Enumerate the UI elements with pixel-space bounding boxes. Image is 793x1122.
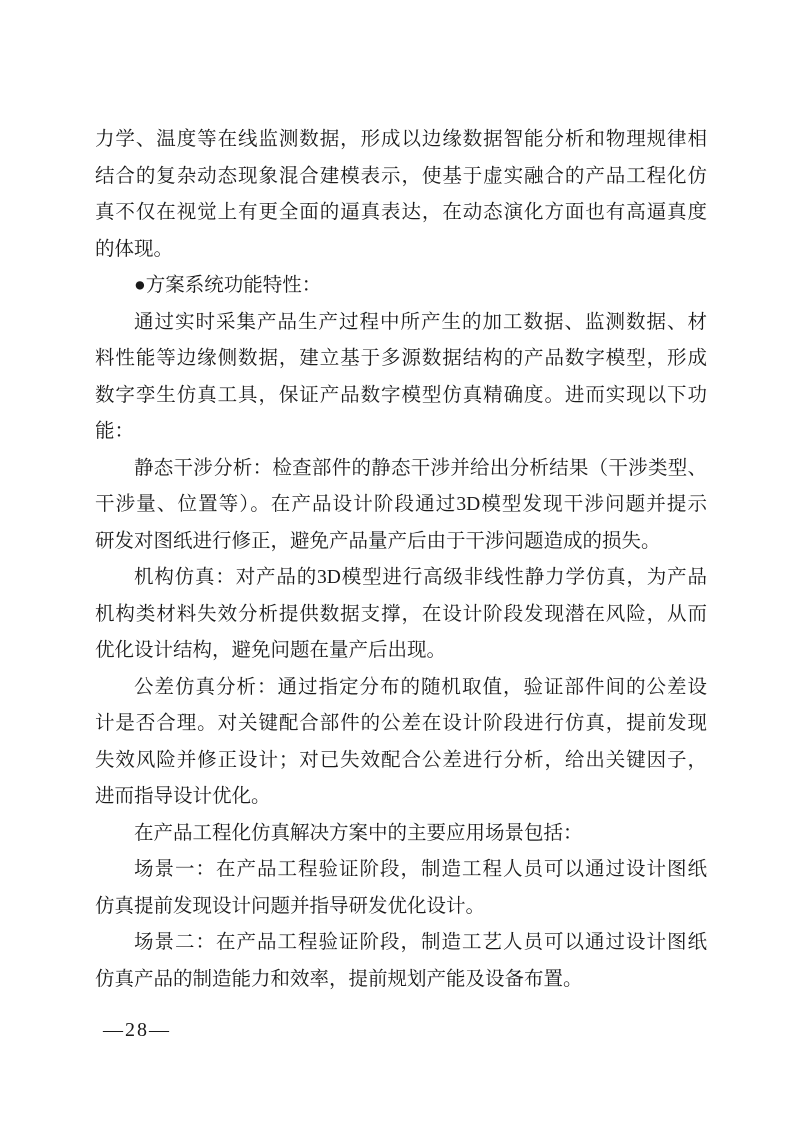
text-line: 真不仅在视觉上有更全面的逼真表达，在动态演化方面也有高逼真度 — [95, 195, 707, 232]
paragraph: 机构仿真：对产品的3D模型进行高级非线性静力学仿真，为产品 机构类材料失效分析提… — [95, 560, 707, 670]
text-line: 力学、温度等在线监测数据，形成以边缘数据智能分析和物理规律相 — [95, 122, 707, 159]
paragraph: 静态干涉分析：检查部件的静态干涉并给出分析结果（干涉类型、 干涉量、位置等）。在… — [95, 451, 707, 561]
text-line: 仿真产品的制造能力和效率，提前规划产能及设备布置。 — [95, 962, 707, 999]
document-page: 力学、温度等在线监测数据，形成以边缘数据智能分析和物理规律相 结合的复杂动态现象… — [0, 0, 793, 1122]
bullet-paragraph: ●方案系统功能特性： — [95, 268, 707, 305]
paragraph: 力学、温度等在线监测数据，形成以边缘数据智能分析和物理规律相 结合的复杂动态现象… — [95, 122, 707, 268]
text-line: 场景二：在产品工程验证阶段，制造工艺人员可以通过设计图纸 — [95, 925, 707, 962]
text-line: 公差仿真分析：通过指定分布的随机取值，验证部件间的公差设 — [95, 670, 707, 707]
text-line: 机构类材料失效分析提供数据支撑，在设计阶段发现潜在风险，从而 — [95, 597, 707, 634]
paragraph: 场景一：在产品工程验证阶段，制造工程人员可以通过设计图纸 仿真提前发现设计问题并… — [95, 852, 707, 925]
text-line: 进而指导设计优化。 — [95, 779, 707, 816]
text-block: 力学、温度等在线监测数据，形成以边缘数据智能分析和物理规律相 结合的复杂动态现象… — [95, 122, 707, 998]
text-line: 通过实时采集产品生产过程中所产生的加工数据、监测数据、材 — [95, 305, 707, 342]
text-line: 研发对图纸进行修正，避免产品量产后由于干涉问题造成的损失。 — [95, 524, 707, 561]
text-line: 场景一：在产品工程验证阶段，制造工程人员可以通过设计图纸 — [95, 852, 707, 889]
paragraph: 在产品工程化仿真解决方案中的主要应用场景包括： — [95, 816, 707, 853]
text-line: 能： — [95, 414, 707, 451]
text-line: 仿真提前发现设计问题并指导研发优化设计。 — [95, 889, 707, 926]
text-line: 结合的复杂动态现象混合建模表示，使基于虚实融合的产品工程化仿 — [95, 159, 707, 196]
bullet-line: ●方案系统功能特性： — [95, 268, 707, 305]
text-line: 的体现。 — [95, 232, 707, 269]
text-line: 机构仿真：对产品的3D模型进行高级非线性静力学仿真，为产品 — [95, 560, 707, 597]
text-line: 失效风险并修正设计；对已失效配合公差进行分析，给出关键因子， — [95, 743, 707, 780]
text-line: 干涉量、位置等）。在产品设计阶段通过3D模型发现干涉问题并提示 — [95, 487, 707, 524]
text-line: 优化设计结构，避免问题在量产后出现。 — [95, 633, 707, 670]
text-line: 静态干涉分析：检查部件的静态干涉并给出分析结果（干涉类型、 — [95, 451, 707, 488]
text-line: 料性能等边缘侧数据，建立基于多源数据结构的产品数字模型，形成 — [95, 341, 707, 378]
paragraph: 通过实时采集产品生产过程中所产生的加工数据、监测数据、材 料性能等边缘侧数据，建… — [95, 305, 707, 451]
text-line: 计是否合理。对关键配合部件的公差在设计阶段进行仿真，提前发现 — [95, 706, 707, 743]
text-line: 在产品工程化仿真解决方案中的主要应用场景包括： — [95, 816, 707, 853]
paragraph: 公差仿真分析：通过指定分布的随机取值，验证部件间的公差设 计是否合理。对关键配合… — [95, 670, 707, 816]
paragraph: 场景二：在产品工程验证阶段，制造工艺人员可以通过设计图纸 仿真产品的制造能力和效… — [95, 925, 707, 998]
page-number: —28— — [103, 1018, 171, 1042]
text-line: 数字孪生仿真工具，保证产品数字模型仿真精确度。进而实现以下功 — [95, 378, 707, 415]
